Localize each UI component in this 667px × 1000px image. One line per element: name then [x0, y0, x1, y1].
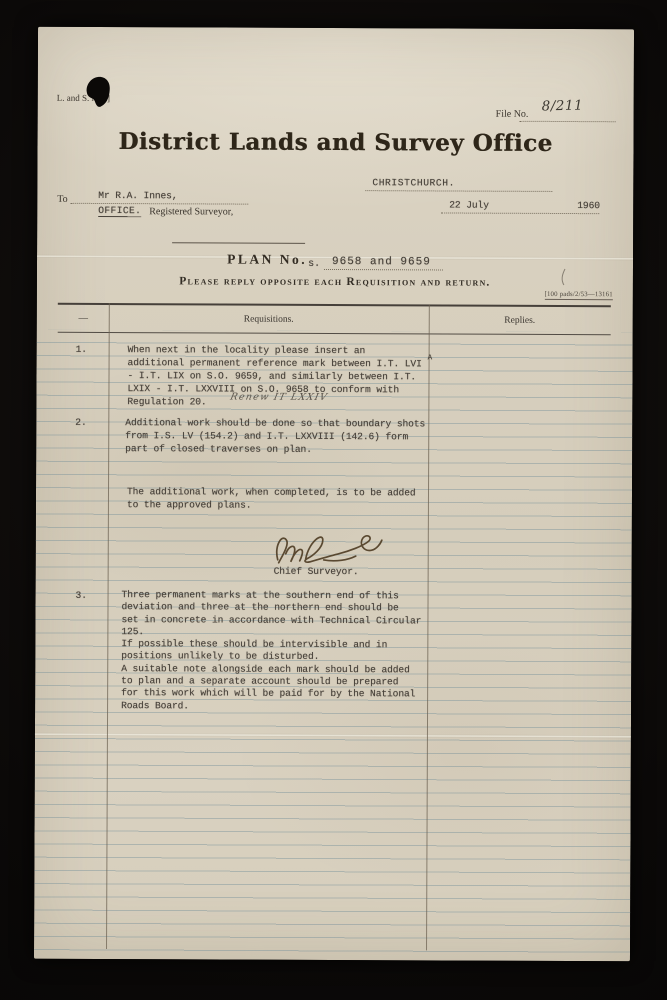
- addressee-name: Mr R.A. Innes,: [98, 190, 177, 201]
- scan-background: { "document": { "form_ref": "L. and S. N…: [0, 0, 667, 1000]
- plan-label: PLAN No.: [227, 252, 307, 268]
- date-value: 22 July: [449, 200, 489, 211]
- requisition-row-2: 2. Additional work should be done so tha…: [38, 27, 634, 30]
- plan-suffix: s.: [308, 259, 320, 270]
- document-paper: L. and S. N. 6] File No. 8/211 District …: [34, 27, 634, 962]
- plan-numbers: 9658 and 9659: [324, 256, 443, 271]
- addressee-role: Registered Surveyor,: [149, 206, 233, 217]
- print-code: [100 pads/2/53—13161: [544, 291, 612, 300]
- superscript-mark: A: [428, 354, 432, 362]
- column-replies: Replies.: [429, 315, 611, 326]
- file-no-value: 8/211: [542, 98, 584, 115]
- to-label: To: [57, 194, 67, 205]
- requisition-row-1: 1. When next in the locality please inse…: [38, 27, 634, 30]
- requisition-number: 1.: [76, 344, 87, 355]
- requisition-row-3: 3. Three permanent marks at the southern…: [38, 27, 634, 30]
- requisition-number: 2.: [75, 417, 86, 428]
- plan-row: PLAN No. s. 9658 and 9659: [37, 251, 633, 272]
- handwritten-annotation: Renew IT LXXIV: [229, 392, 329, 403]
- address-rule: [172, 242, 305, 244]
- column-dash: —: [58, 313, 109, 323]
- hole-punch: [85, 76, 113, 110]
- year-value: 1960: [577, 200, 600, 211]
- requisition-followup: The additional work, when completed, is …: [127, 485, 449, 513]
- office-title: District Lands and Survey Office: [37, 128, 633, 158]
- requisition-text: Additional work should be done so that b…: [125, 416, 447, 457]
- column-requisitions: Requisitions.: [109, 314, 429, 325]
- place-value: CHRISTCHURCH.: [372, 177, 455, 188]
- requisition-number: 3.: [76, 590, 87, 601]
- office-label: OFFICE.: [98, 205, 141, 217]
- table-header: — Requisitions. Replies.: [58, 303, 611, 335]
- requisition-text: Three permanent marks at the southern en…: [121, 589, 444, 713]
- reply-instruction: Please reply opposite each Requisition a…: [37, 275, 633, 290]
- signature-title: Chief Surveyor.: [274, 566, 359, 577]
